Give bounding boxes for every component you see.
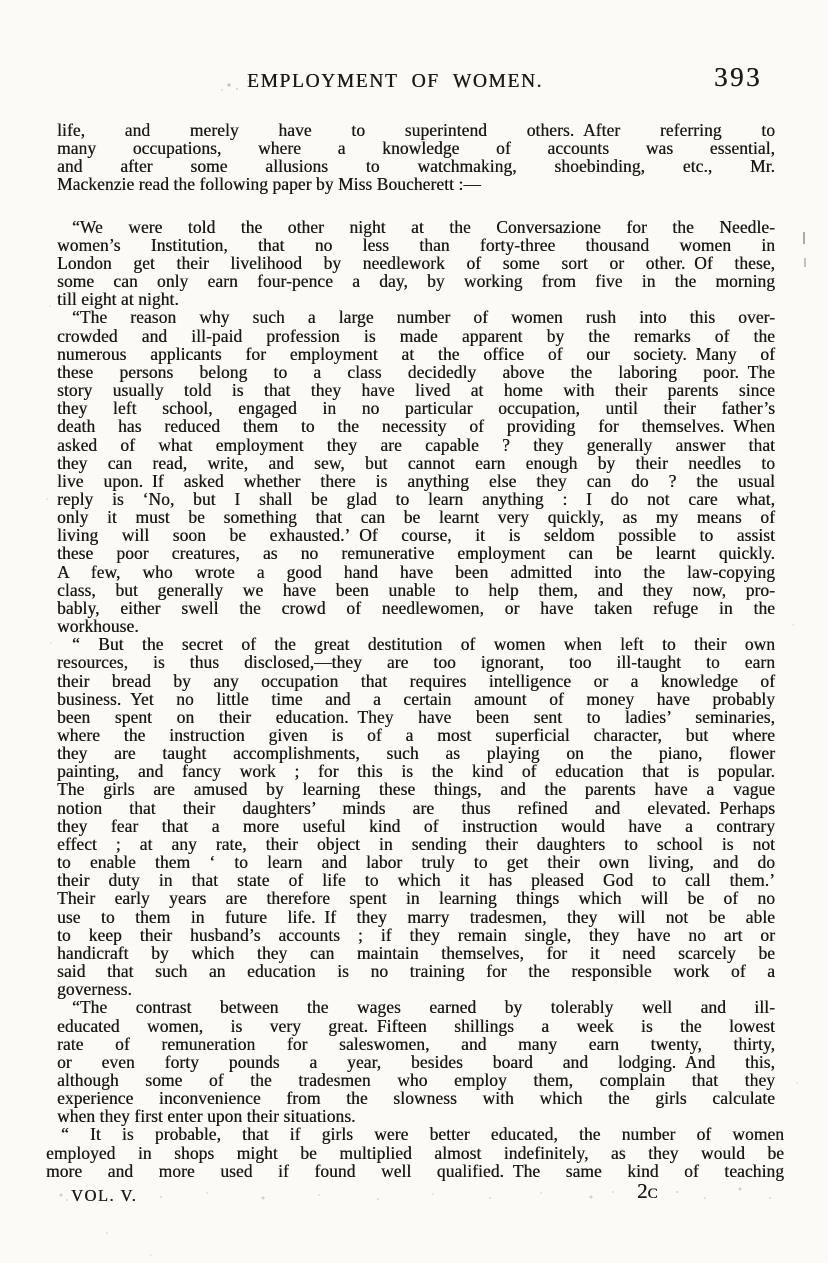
text-line: some can only earn four-pence a day, by … [57, 272, 775, 290]
text-line: painting, and fancy work ; for this is t… [57, 762, 775, 780]
text-line: rate of remuneration for saleswomen, and… [57, 1035, 775, 1053]
text-line: reply is ‘No, but I shall be glad to lea… [57, 490, 775, 508]
paragraph: “The reason why such a large number of w… [57, 308, 775, 635]
text-line: life, and merely have to superintend oth… [57, 121, 775, 139]
scan-speckle-noise [0, 0, 2, 2]
text-line: these poor creatures, as no remunerative… [57, 544, 775, 562]
text-line: women’s Institution, that no less than f… [57, 236, 775, 254]
text-line: numerous applicants for employment at th… [57, 345, 775, 363]
text-line: many occupations, where a knowledge of a… [57, 139, 775, 157]
text-line: their bread by any occupation that requi… [57, 672, 775, 690]
text-line: Their early years are therefore spent in… [57, 889, 775, 907]
paragraph: “The contrast between the wages earned b… [57, 998, 775, 1125]
text-line: or even forty pounds a year, besides boa… [57, 1053, 775, 1071]
paragraph: “We were told the other night at the Con… [57, 218, 775, 309]
text-line: effect ; at any rate, their object in se… [57, 835, 775, 853]
text-line: handicraft by which they can maintain th… [57, 944, 775, 962]
text-line: educated women, is very great. Fifteen s… [57, 1017, 775, 1035]
text-line: class, but generally we have been unable… [57, 581, 775, 599]
text-line: more and more used if found well qualifi… [46, 1162, 784, 1180]
text-line: London get their livelihood by needlewor… [57, 254, 775, 272]
text-line: when they first enter upon their situati… [57, 1107, 775, 1125]
text-line: to enable them ‘ to learn and labor trul… [57, 853, 775, 871]
text-line: use to them in future life. If they marr… [57, 908, 775, 926]
running-title: EMPLOYMENT OF WOMEN. [57, 71, 733, 93]
paragraph: “ It is probable, that if girls were bet… [46, 1125, 784, 1179]
text-line: workhouse. [57, 617, 775, 635]
text-line: Mackenzie read the following paper by Mi… [57, 175, 775, 193]
text-line: “The reason why such a large number of w… [57, 308, 775, 326]
scanned-page: EMPLOYMENT OF WOMEN. 393 life, and merel… [0, 0, 828, 1263]
text-line: these persons belong to a class decidedl… [57, 363, 775, 381]
text-line: where the instruction given is of a most… [57, 726, 775, 744]
text-line: crowded and ill-paid profession is made … [57, 327, 775, 345]
body-text: life, and merely have to superintend oth… [57, 121, 775, 1180]
text-line: only it must be something that can be le… [57, 508, 775, 526]
text-line: said that such an education is no traini… [57, 962, 775, 980]
text-line: “ But the secret of the great destitutio… [57, 635, 775, 653]
text-line: although some of the tradesmen who emplo… [57, 1071, 775, 1089]
text-line: “The contrast between the wages earned b… [57, 998, 775, 1016]
text-line: resources, is thus disclosed,—they are t… [57, 653, 775, 671]
text-line: death has reduced them to the necessity … [57, 417, 775, 435]
text-line: they are taught accomplishments, such as… [57, 744, 775, 762]
paragraph: “ But the secret of the great destitutio… [57, 635, 775, 998]
text-line: to keep their husband’s accounts ; if th… [57, 926, 775, 944]
text-line: governess. [57, 980, 775, 998]
text-line: business. Yet no little time and a certa… [57, 690, 775, 708]
volume-label: VOL. V. [71, 1186, 137, 1206]
text-line: and after some allusions to watchmaking,… [57, 157, 775, 175]
signature-mark: 2c [637, 1179, 658, 1204]
text-line: their duty in that state of life to whic… [57, 871, 775, 889]
page-number: 393 [714, 62, 762, 93]
text-line: been spent on their education. They have… [57, 708, 775, 726]
text-line: notion that their daughters’ minds are t… [57, 799, 775, 817]
scan-margin-mark [804, 258, 806, 267]
text-line: “ It is probable, that if girls were bet… [46, 1125, 784, 1143]
scan-margin-mark [803, 232, 805, 244]
text-line: bably, either swell the crowd of needlew… [57, 599, 775, 617]
text-line: The girls are amused by learning these t… [57, 780, 775, 798]
text-line: living will soon be exhausted.’ Of cours… [57, 526, 775, 544]
text-line: they fear that a more useful kind of ins… [57, 817, 775, 835]
text-line: they can read, write, and sew, but canno… [57, 454, 775, 472]
text-line: A few, who wrote a good hand have been a… [57, 563, 775, 581]
text-line: “We were told the other night at the Con… [57, 218, 775, 236]
text-line: experience inconvenience from the slowne… [57, 1089, 775, 1107]
text-line: story usually told is that they have liv… [57, 381, 775, 399]
text-line: employed in shops might be multiplied al… [46, 1144, 784, 1162]
text-line: live upon. If asked whether there is any… [57, 472, 775, 490]
text-line: till eight at night. [57, 290, 775, 308]
text-line: asked of what employment they are capabl… [57, 436, 775, 454]
paragraph: life, and merely have to superintend oth… [57, 121, 775, 194]
text-line: they left school, engaged in no particul… [57, 399, 775, 417]
